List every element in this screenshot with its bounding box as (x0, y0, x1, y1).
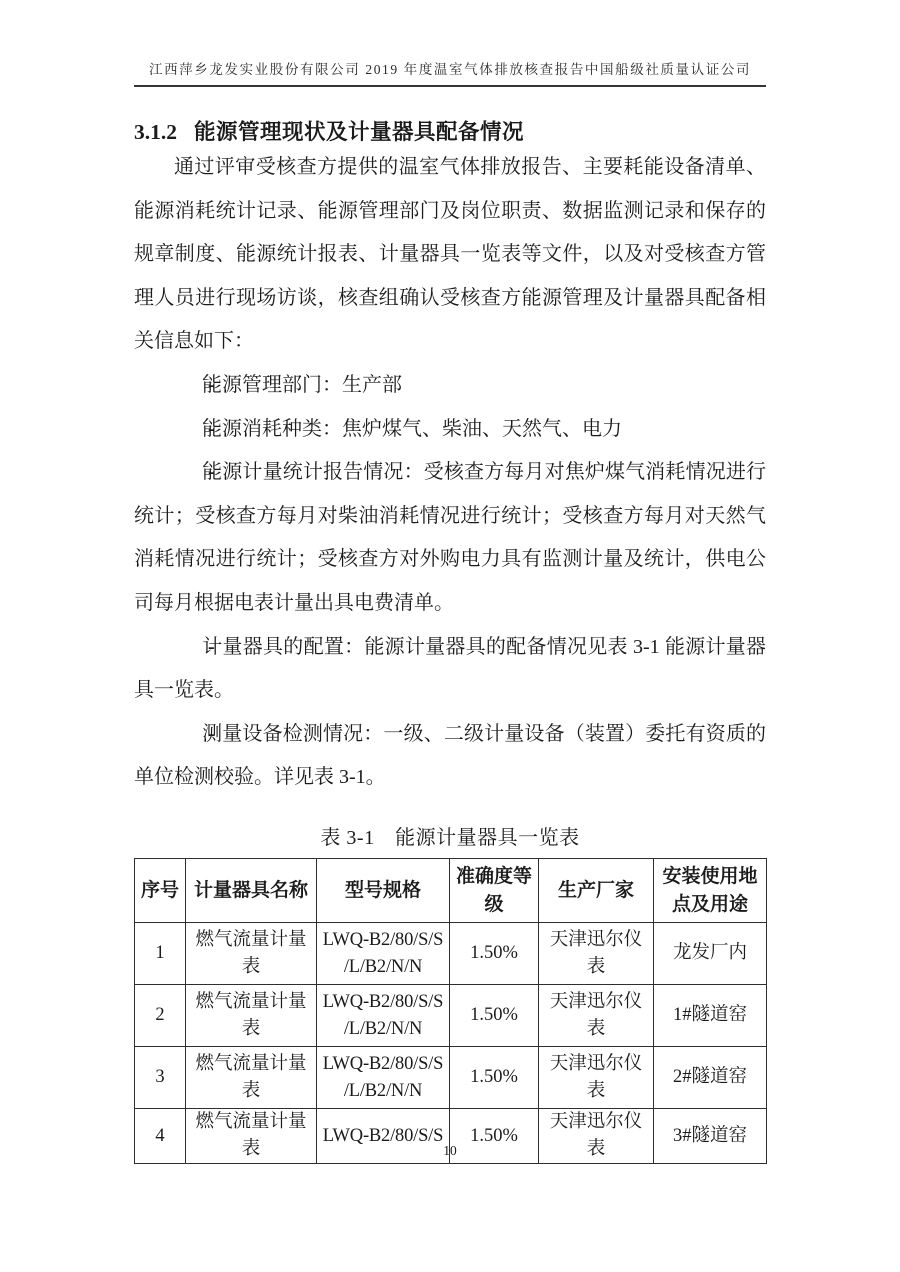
bullet-dash: - (171, 364, 202, 408)
bullet-text: 计量器具的配置：能源计量器具的配备情况见表 3-1 能源计量器具一览表。 (134, 636, 766, 702)
col-header-install-location: 安装使用地点及用途 (654, 859, 767, 923)
bullet-paragraph: -计量器具的配置：能源计量器具的配备情况见表 3-1 能源计量器具一览表。 (134, 626, 766, 713)
cell-manufacturer: 天津迅尔仪表 (539, 923, 654, 985)
table-caption: 表 3-1 能源计量器具一览表 (134, 821, 766, 850)
cell-index: 2 (135, 985, 186, 1047)
cell-model-spec: LWQ-B2/80/S/S /L/B2/N/N (317, 985, 450, 1047)
bullet-dash: - (171, 451, 202, 495)
bullet-text: 能源管理部门：生产部 (202, 374, 402, 396)
energy-meter-table: 序号 计量器具名称 型号规格 准确度等级 生产厂家 安装使用地点及用途 1 燃气… (134, 858, 767, 1164)
paragraph: 通过评审受核查方提供的温室气体排放报告、主要耗能设备清单、能源消耗统计记录、能源… (134, 146, 766, 364)
document-page: { "colors": { "ink": "#1b1b1b", "border"… (0, 0, 900, 1272)
bullet-dash: - (171, 408, 202, 452)
cell-instrument-name: 燃气流量计量表 (186, 985, 317, 1047)
col-header-manufacturer: 生产厂家 (539, 859, 654, 923)
bullet-paragraph: -测量设备检测情况：一级、二级计量设备（装置）委托有资质的单位检测校验。详见表 … (134, 713, 766, 800)
bullet-dash: - (171, 626, 202, 670)
cell-location: 1#隧道窑 (654, 985, 767, 1047)
bullet-text: 能源计量统计报告情况：受核查方每月对焦炉煤气消耗情况进行统计；受核查方每月对柴油… (134, 461, 766, 614)
cell-accuracy: 1.50% (450, 1047, 539, 1109)
cell-instrument-name: 燃气流量计量表 (186, 1047, 317, 1109)
bullet-text: 能源消耗种类：焦炉煤气、柴油、天然气、电力 (202, 418, 622, 440)
cell-location: 2#隧道窑 (654, 1047, 767, 1109)
body-text: 通过评审受核查方提供的温室气体排放报告、主要耗能设备清单、能源消耗统计记录、能源… (134, 146, 766, 814)
cell-manufacturer: 天津迅尔仪表 (539, 985, 654, 1047)
section-heading: 3.1.2能源管理现状及计量器具配备情况 (134, 115, 524, 146)
table-row: 2 燃气流量计量表 LWQ-B2/80/S/S /L/B2/N/N 1.50% … (135, 985, 767, 1047)
col-header-index: 序号 (135, 859, 186, 923)
table-row: 1 燃气流量计量表 LWQ-B2/80/S/S /L/B2/N/N 1.50% … (135, 923, 767, 985)
running-header: 江西萍乡龙发实业股份有限公司 2019 年度温室气体排放核查报告中国船级社质量认… (134, 58, 766, 87)
cell-manufacturer: 天津迅尔仪表 (539, 1047, 654, 1109)
cell-index: 1 (135, 923, 186, 985)
col-header-instrument-name: 计量器具名称 (186, 859, 317, 923)
bullet-paragraph: -能源管理部门：生产部 (134, 364, 766, 408)
table-row: 3 燃气流量计量表 LWQ-B2/80/S/S /L/B2/N/N 1.50% … (135, 1047, 767, 1109)
cell-instrument-name: 燃气流量计量表 (186, 923, 317, 985)
section-title: 能源管理现状及计量器具配备情况 (194, 120, 524, 144)
cell-index: 3 (135, 1047, 186, 1109)
col-header-accuracy-class: 准确度等级 (450, 859, 539, 923)
cell-accuracy: 1.50% (450, 923, 539, 985)
table-header-row: 序号 计量器具名称 型号规格 准确度等级 生产厂家 安装使用地点及用途 (135, 859, 767, 923)
bullet-paragraph: -能源计量统计报告情况：受核查方每月对焦炉煤气消耗情况进行统计；受核查方每月对柴… (134, 451, 766, 625)
col-header-model-spec: 型号规格 (317, 859, 450, 923)
section-number: 3.1.2 (134, 120, 177, 144)
bullet-dash: - (171, 713, 202, 757)
running-header-text: 江西萍乡龙发实业股份有限公司 2019 年度温室气体排放核查报告中国船级社质量认… (149, 62, 751, 77)
page-number: 10 (134, 1143, 766, 1159)
cell-accuracy: 1.50% (450, 985, 539, 1047)
cell-model-spec: LWQ-B2/80/S/S /L/B2/N/N (317, 923, 450, 985)
bullet-paragraph: -能源消耗种类：焦炉煤气、柴油、天然气、电力 (134, 408, 766, 452)
bullet-text: 测量设备检测情况：一级、二级计量设备（装置）委托有资质的单位检测校验。详见表 3… (134, 723, 766, 789)
cell-location: 龙发厂内 (654, 923, 767, 985)
cell-model-spec: LWQ-B2/80/S/S /L/B2/N/N (317, 1047, 450, 1109)
